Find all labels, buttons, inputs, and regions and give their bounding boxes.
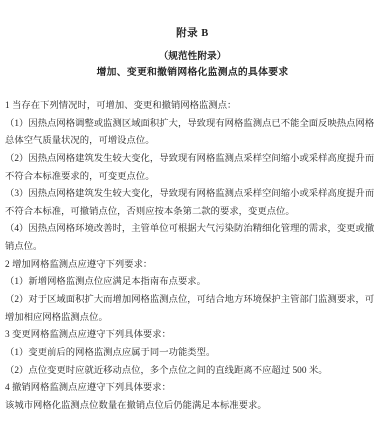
document-line: 不符合本标准要求的，可变更点位。: [5, 169, 378, 187]
document-line: 4 撤销网格监测点应遵守下列具体要求：: [5, 380, 378, 398]
document-line: （3）因热点网格建筑发生较大变化，导致现有网格监测点采样空间缩小或采样高度提升而: [5, 186, 378, 204]
document-line: （2）点位变更时应就近移动点位，多个点位之间的直线距离不应超过 500 米。: [5, 363, 378, 381]
document-title: 增加、变更和撤销网格化监测点的具体要求: [0, 66, 385, 79]
document-line: （2）因热点网格建筑发生较大变化，导致现有网格监测点采样空间缩小或采样高度提升而: [5, 151, 378, 169]
appendix-label: 附录 B: [0, 28, 385, 40]
document-page: 附录 B （规范性附录） 增加、变更和撤销网格化监测点的具体要求 1 当存在下列…: [0, 0, 385, 428]
document-line: 3 变更网格监测点应遵守下列具体要求：: [5, 327, 378, 345]
document-body: 1 当存在下列情况时，可增加、变更和撤销网格监测点：（1）因热点网格调整或监测区…: [5, 98, 378, 416]
document-line: （4）因热点网格环境改善时，主管单位可根据大气污染防治精细化管理的需求，变更或撤: [5, 221, 378, 239]
document-line: 增加相应网格监测点位。: [5, 310, 378, 328]
document-line: 1 当存在下列情况时，可增加、变更和撤销网格监测点：: [5, 98, 378, 116]
document-line: 销点位。: [5, 239, 378, 257]
document-line: 2 增加网格监测点应遵守下列要求：: [5, 257, 378, 275]
document-line: 不符合本标准，可撤销点位，否则应按本条第二款的要求，变更点位。: [5, 204, 378, 222]
document-line: 该城市网格化监测点位数量在撤销点位后仍能满足本标准要求。: [5, 398, 378, 416]
document-line: 总体空气质量状况的，可增设点位。: [5, 133, 378, 151]
appendix-note: （规范性附录）: [0, 51, 385, 63]
document-line: （1）变更前后的网格监测点应属于同一功能类型。: [5, 345, 378, 363]
document-line: （1）新增网格监测点位应满足本指南布点要求。: [5, 274, 378, 292]
document-line: （2）对于区域面积扩大而增加网格监测点位，可结合地方环境保护主管部门监测要求，可: [5, 292, 378, 310]
document-line: （1）因热点网格调整或监测区域面积扩大，导致现有网格监测点已不能全面反映热点网格: [5, 116, 378, 134]
